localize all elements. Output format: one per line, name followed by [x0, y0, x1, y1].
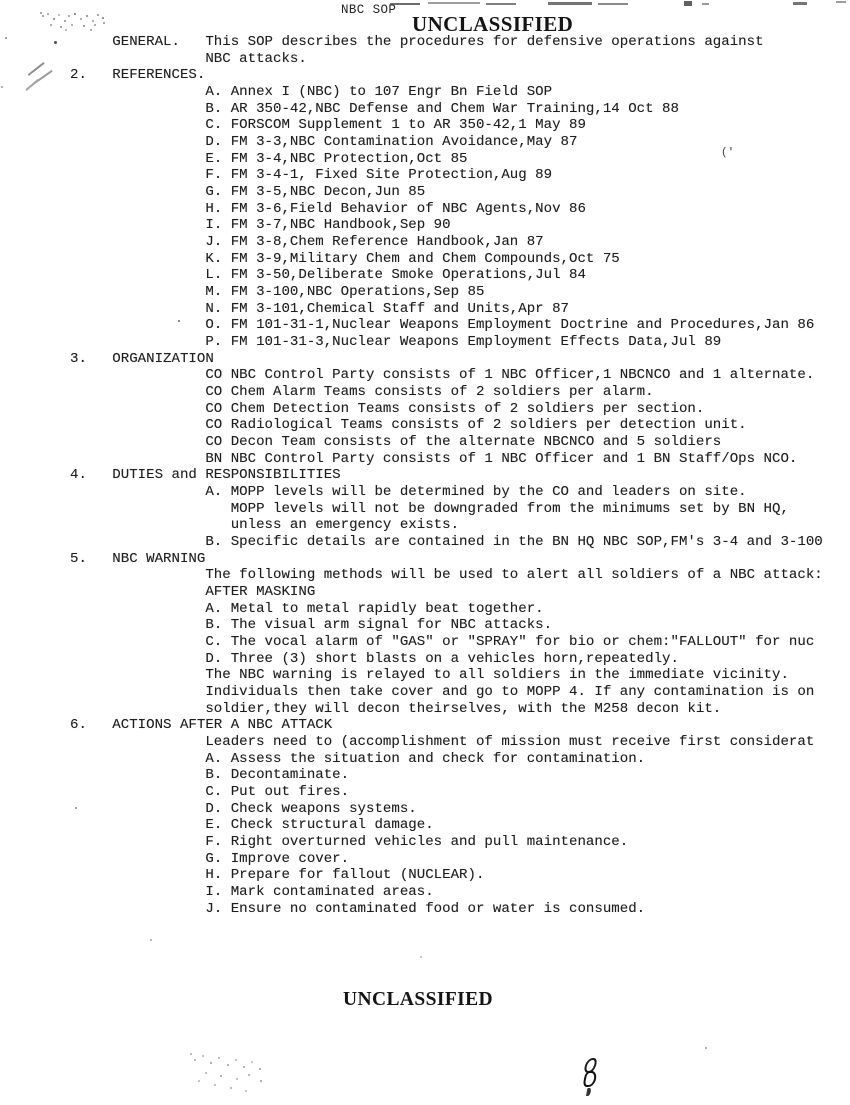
scan-artifact-speckles-top-left	[40, 12, 42, 14]
organization-item: CO Decon Team consists of the alternate …	[70, 434, 850, 451]
reference-item: F. FM 3-4-1, Fixed Site Protection,Aug 8…	[70, 167, 850, 184]
reference-item: L. FM 3-50,Deliberate Smoke Operations,J…	[70, 267, 850, 284]
section-3-organization-heading: 3. ORGANIZATION	[70, 351, 850, 368]
scan-artifact-dash	[836, 1, 846, 3]
scan-artifact-dash	[793, 2, 807, 5]
scan-artifact-dot	[420, 956, 422, 958]
organization-item: BN NBC Control Party consists of 1 NBC O…	[70, 451, 850, 468]
reference-item: O. FM 101-31-1,Nuclear Weapons Employmen…	[70, 317, 850, 334]
reference-item: C. FORSCOM Supplement 1 to AR 350-42,1 M…	[70, 117, 850, 134]
reference-item: G. FM 3-5,NBC Decon,Jun 85	[70, 184, 850, 201]
doc-line: I. Mark contaminated areas.	[70, 884, 850, 901]
doc-line: B. The visual arm signal for NBC attacks…	[70, 617, 850, 634]
scan-artifact-dot	[150, 939, 152, 941]
scan-artifact-dot	[705, 1047, 707, 1049]
reference-item: N. FM 3-101,Chemical Staff and Units,Apr…	[70, 301, 850, 318]
doc-line: F. Right overturned vehicles and pull ma…	[70, 834, 850, 851]
reference-item: J. FM 3-8,Chem Reference Handbook,Jan 87	[70, 234, 850, 251]
doc-line: unless an emergency exists.	[70, 517, 850, 534]
scan-artifact-speckles-bottom-left	[190, 1053, 192, 1055]
doc-line: soldier,they will decon theirselves, wit…	[70, 701, 850, 718]
doc-body: GENERAL. This SOP describes the procedur…	[70, 34, 850, 918]
scan-artifact-dot	[1, 86, 3, 88]
section-4-duties-heading: 4. DUTIES and RESPONSIBILITIES	[70, 467, 850, 484]
doc-line: D. Check weapons systems.	[70, 801, 850, 818]
scan-artifact-pencil-mark	[28, 62, 45, 75]
reference-item: P. FM 101-31-3,Nuclear Weapons Employmen…	[70, 334, 850, 351]
doc-line: B. Specific details are contained in the…	[70, 534, 850, 551]
scan-artifact-pencil-mark	[25, 79, 38, 90]
reference-item: M. FM 3-100,NBC Operations,Sep 85	[70, 284, 850, 301]
scan-artifact-dash	[428, 2, 480, 4]
scan-artifact-dash	[598, 3, 628, 5]
organization-item: CO Radiological Teams consists of 2 sold…	[70, 417, 850, 434]
doc-line: Individuals then take cover and go to MO…	[70, 684, 850, 701]
classification-banner-bottom: UNCLASSIFIED	[343, 989, 493, 1011]
reference-item: K. FM 3-9,Military Chem and Chem Compoun…	[70, 251, 850, 268]
doc-title: NBC SOP	[341, 3, 396, 17]
doc-line: H. Prepare for fallout (NUCLEAR).	[70, 867, 850, 884]
reference-item: H. FM 3-6,Field Behavior of NBC Agents,N…	[70, 201, 850, 218]
reference-item: I. FM 3-7,NBC Handbook,Sep 90	[70, 217, 850, 234]
doc-line: B. Decontaminate.	[70, 767, 850, 784]
doc-line: A. Metal to metal rapidly beat together.	[70, 601, 850, 618]
scan-artifact-dot	[5, 37, 7, 39]
scan-artifact-dash	[702, 3, 709, 5]
scan-artifact-dot	[75, 807, 77, 809]
doc-line: The following methods will be used to al…	[70, 567, 850, 584]
section-5-nbc-warning-heading: 5. NBC WARNING	[70, 551, 850, 568]
doc-line: C. Put out fires.	[70, 784, 850, 801]
section-2-references-heading: 2. REFERENCES.	[70, 67, 850, 84]
organization-item: CO Chem Alarm Teams consists of 2 soldie…	[70, 384, 850, 401]
doc-line: E. Check structural damage.	[70, 817, 850, 834]
doc-line: AFTER MASKING	[70, 584, 850, 601]
doc-line: Leaders need to (accomplishment of missi…	[70, 734, 850, 751]
scan-artifact-dash	[684, 1, 692, 6]
reference-item: A. Annex I (NBC) to 107 Engr Bn Field SO…	[70, 84, 850, 101]
reference-item: B. AR 350-42,NBC Defense and Chem War Tr…	[70, 101, 850, 118]
doc-line: NBC attacks.	[70, 51, 850, 68]
document-page: NBC SOP UNCLASSIFIED GENERAL. This SOP d…	[0, 0, 850, 1105]
doc-line: G. Improve cover.	[70, 851, 850, 868]
doc-line: The NBC warning is relayed to all soldie…	[70, 667, 850, 684]
organization-item: CO NBC Control Party consists of 1 NBC O…	[70, 367, 850, 384]
section-1-general-line: GENERAL. This SOP describes the procedur…	[70, 34, 850, 51]
doc-line: C. The vocal alarm of "GAS" or "SPRAY" f…	[70, 634, 850, 651]
scan-artifact-ink-squiggle	[582, 1058, 596, 1088]
doc-line: A. Assess the situation and check for co…	[70, 751, 850, 768]
scan-artifact-dot	[54, 41, 57, 44]
section-6-actions-heading: 6. ACTIONS AFTER A NBC ATTACK	[70, 717, 850, 734]
scan-artifact-dash	[390, 3, 420, 5]
scan-artifact-dot	[178, 320, 180, 322]
scan-artifact-dash	[548, 2, 592, 5]
doc-line: J. Ensure no contaminated food or water …	[70, 901, 850, 918]
scan-artifact-stray-quote: ('	[721, 147, 734, 159]
doc-line: D. Three (3) short blasts on a vehicles …	[70, 651, 850, 668]
organization-item: CO Chem Detection Teams consists of 2 so…	[70, 401, 850, 418]
doc-line: MOPP levels will not be downgraded from …	[70, 501, 850, 518]
doc-line: A. MOPP levels will be determined by the…	[70, 484, 850, 501]
scan-artifact-dash	[486, 3, 516, 5]
